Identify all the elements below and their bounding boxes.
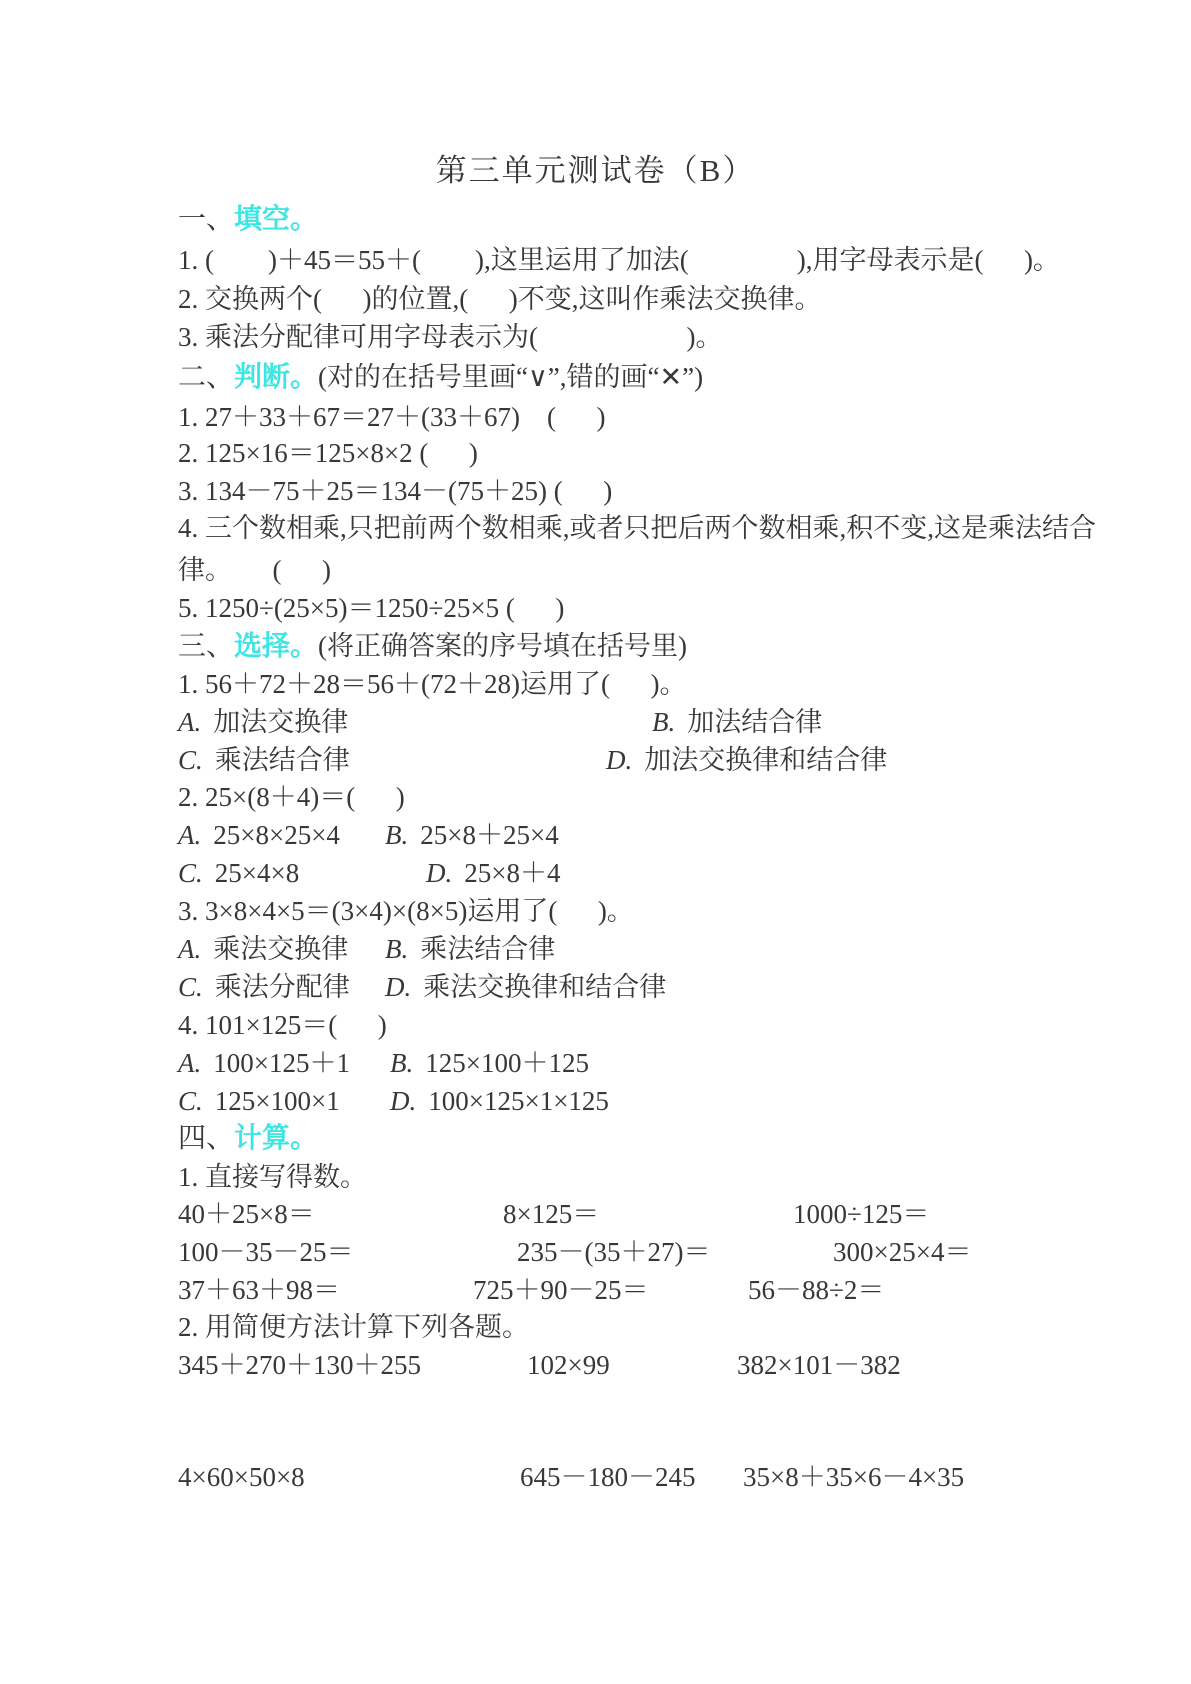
section-1-name: 填空。 (234, 204, 318, 235)
calc-cell: 345＋270＋130＋255 (178, 1346, 421, 1384)
choice-q3-stem: 3. 3×8×4×5＝(3×4)×(8×5)运用了( )。 (178, 892, 634, 930)
option-letter: B. (385, 934, 408, 964)
fill-item-1: 1. ( )＋45＝55＋( ),这里运用了加法( ),用字母表示是( )。 (178, 241, 1060, 279)
calc-sub-1: 1. 直接写得数。 (178, 1158, 367, 1196)
option-text: 100×125×1×125 (428, 1086, 609, 1116)
judge-item-4: 4. 三个数相乘,只把前两个数相乘,或者只把后两个数相乘,积不变,这是乘法结合 (178, 509, 1096, 547)
calc-sub-2: 2. 用简便方法计算下列各题。 (178, 1308, 529, 1346)
section-4-name: 计算。 (234, 1123, 318, 1154)
choice-q2-options-cd: C.25×4×8 D.25×8＋4 (0, 854, 1191, 892)
option-letter: C. (178, 745, 203, 775)
option-d: D.100×125×1×125 (390, 1082, 609, 1120)
option-text: 乘法交换律和结合律 (423, 972, 666, 1002)
calc-cell: 100－35－25＝ (178, 1233, 354, 1271)
calc-cell: 35×8＋35×6－4×35 (743, 1458, 964, 1496)
choice-q4-stem: 4. 101×125＝( ) (178, 1006, 387, 1044)
option-text: 乘法交换律 (213, 934, 348, 964)
option-d: D.25×8＋4 (426, 854, 560, 892)
section-2-number: 二、 (178, 362, 234, 393)
option-b: B.125×100＋125 (390, 1044, 589, 1082)
option-letter: A. (178, 707, 201, 737)
calc-cell: 37＋63＋98＝ (178, 1271, 340, 1309)
calc-cell: 382×101－382 (737, 1346, 901, 1384)
judge-item-1: 1. 27＋33＋67＝27＋(33＋67) ( ) (178, 398, 605, 436)
choice-q3-options-ab: A.乘法交换律 B.乘法结合律 (0, 930, 1191, 968)
judge-item-2: 2. 125×16＝125×8×2 ( ) (178, 434, 478, 472)
option-text: 乘法分配律 (215, 972, 350, 1002)
option-letter: B. (385, 820, 408, 850)
option-letter: D. (426, 858, 452, 888)
option-text: 125×100×1 (215, 1086, 340, 1116)
paper-title: 第三单元测试卷（B） (0, 152, 1191, 190)
calc-cell: 56－88÷2＝ (748, 1271, 884, 1309)
fill-item-3: 3. 乘法分配律可用字母表示为( )。 (178, 318, 722, 356)
mental-row-3: 37＋63＋98＝ 725＋90－25＝ 56－88÷2＝ (0, 1271, 1191, 1309)
calc-cell: 1000÷125＝ (793, 1195, 929, 1233)
calc-cell: 725＋90－25＝ (473, 1271, 649, 1309)
choice-q1-options-ab: A.加法交换律 B.加法结合律 (0, 703, 1191, 741)
section-3-name: 选择。 (234, 631, 318, 662)
option-b: B.乘法结合律 (385, 930, 555, 968)
judge-item-3: 3. 134－75＋25＝134－(75＋25) ( ) (178, 472, 612, 510)
calc-cell: 4×60×50×8 (178, 1458, 305, 1496)
calc-cell: 102×99 (527, 1346, 610, 1384)
option-a: A.25×8×25×4 (178, 816, 340, 854)
option-letter: A. (178, 1048, 201, 1078)
option-text: 25×4×8 (215, 858, 299, 888)
mental-row-2: 100－35－25＝ 235－(35＋27)＝ 300×25×4＝ (0, 1233, 1191, 1271)
option-letter: B. (652, 707, 675, 737)
section-3-note: (将正确答案的序号填在括号里) (318, 631, 687, 661)
calc-cell: 300×25×4＝ (833, 1233, 971, 1271)
option-c: C.乘法分配律 (178, 968, 350, 1006)
choice-q1-options-cd: C.乘法结合律 D.加法交换律和结合律 (0, 741, 1191, 779)
option-text: 乘法结合律 (420, 934, 555, 964)
judge-item-4-cont: 律。 ( ) (178, 551, 331, 589)
option-a: A.乘法交换律 (178, 930, 348, 968)
option-a: A.加法交换律 (178, 703, 348, 741)
section-2-heading: 二、判断。(对的在括号里画“∨”,错的画“✕”) (178, 358, 703, 396)
option-c: C.乘法结合律 (178, 741, 350, 779)
option-b: B.25×8＋25×4 (385, 816, 559, 854)
simplify-row-2: 4×60×50×8 645－180－245 35×8＋35×6－4×35 (0, 1458, 1191, 1496)
fill-item-2: 2. 交换两个( )的位置,( )不变,这叫作乘法交换律。 (178, 280, 821, 318)
option-letter: A. (178, 934, 201, 964)
option-c: C.25×4×8 (178, 854, 299, 892)
calc-cell: 645－180－245 (520, 1458, 696, 1496)
section-4-number: 四、 (178, 1123, 234, 1154)
choice-q3-options-cd: C.乘法分配律 D.乘法交换律和结合律 (0, 968, 1191, 1006)
option-text: 100×125＋1 (213, 1048, 350, 1078)
choice-q2-stem: 2. 25×(8＋4)＝( ) (178, 778, 405, 816)
option-letter: B. (390, 1048, 413, 1078)
calc-cell: 235－(35＋27)＝ (517, 1233, 710, 1271)
option-text: 加法交换律 (213, 707, 348, 737)
option-text: 25×8＋4 (464, 858, 560, 888)
worksheet-page: 第三单元测试卷（B） 一、填空。 1. ( )＋45＝55＋( ),这里运用了加… (0, 0, 1191, 1684)
section-1-heading: 一、填空。 (178, 201, 318, 239)
choice-q4-options-cd: C.125×100×1 D.100×125×1×125 (0, 1082, 1191, 1120)
section-4-heading: 四、计算。 (178, 1120, 318, 1158)
judge-item-5: 5. 1250÷(25×5)＝1250÷25×5 ( ) (178, 589, 564, 627)
option-c: C.125×100×1 (178, 1082, 340, 1120)
option-letter: D. (385, 972, 411, 1002)
option-text: 加法交换律和结合律 (644, 745, 887, 775)
option-text: 125×100＋125 (425, 1048, 589, 1078)
option-letter: C. (178, 972, 203, 1002)
section-3-number: 三、 (178, 631, 234, 662)
section-2-note: (对的在括号里画“∨”,错的画“✕”) (318, 362, 703, 392)
option-letter: D. (606, 745, 632, 775)
option-text: 乘法结合律 (215, 745, 350, 775)
option-d: D.加法交换律和结合律 (606, 741, 887, 779)
option-d: D.乘法交换律和结合律 (385, 968, 666, 1006)
option-a: A.100×125＋1 (178, 1044, 350, 1082)
calc-cell: 40＋25×8＝ (178, 1195, 315, 1233)
choice-q2-options-ab: A.25×8×25×4 B.25×8＋25×4 (0, 816, 1191, 854)
section-3-heading: 三、选择。(将正确答案的序号填在括号里) (178, 627, 687, 665)
option-letter: A. (178, 820, 201, 850)
choice-q1-stem: 1. 56＋72＋28＝56＋(72＋28)运用了( )。 (178, 665, 686, 703)
section-2-name: 判断。 (234, 362, 318, 393)
section-1-number: 一、 (178, 204, 234, 235)
option-text: 25×8＋25×4 (420, 820, 558, 850)
option-b: B.加法结合律 (652, 703, 822, 741)
calc-cell: 8×125＝ (503, 1195, 599, 1233)
option-letter: C. (178, 1086, 203, 1116)
option-letter: D. (390, 1086, 416, 1116)
option-text: 25×8×25×4 (213, 820, 340, 850)
option-letter: C. (178, 858, 203, 888)
choice-q4-options-ab: A.100×125＋1 B.125×100＋125 (0, 1044, 1191, 1082)
simplify-row-1: 345＋270＋130＋255 102×99 382×101－382 (0, 1346, 1191, 1384)
mental-row-1: 40＋25×8＝ 8×125＝ 1000÷125＝ (0, 1195, 1191, 1233)
option-text: 加法结合律 (687, 707, 822, 737)
